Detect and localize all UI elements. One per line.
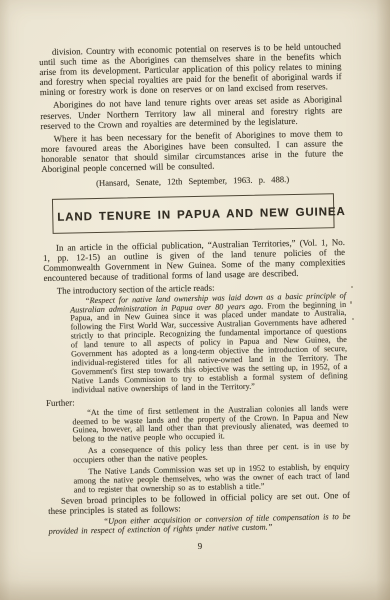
continuation-paragraph: Aborigines do not have land tenure right… xyxy=(40,94,343,130)
page-content: division. Country with economic potentia… xyxy=(0,0,390,600)
quoted-extract-2: “At the time of first settlement in the … xyxy=(72,404,349,445)
page-number: 9 xyxy=(49,538,351,554)
section-heading-box: LAND TENURE IN PAPUA AND NEW GUINEA xyxy=(52,193,335,234)
quoted-extract-1: “Respect for native land ownership was l… xyxy=(70,292,348,395)
quote-roman-continuation: From the beginning in Papua, and in New … xyxy=(70,299,347,394)
continuation-paragraph: division. Country with economic potentia… xyxy=(39,41,342,98)
section-heading-title: LAND TENURE IN PAPUA AND NEW GUINEA xyxy=(57,206,346,224)
principle-quote: “Upon either acquisition or conversion o… xyxy=(48,512,350,537)
continuation-paragraph: Where it has been necessary for the bene… xyxy=(41,128,344,174)
hansard-citation: (Hansard, Senate, 12th September, 1963. … xyxy=(42,173,344,189)
intro-paragraph: In an article in the official publicatio… xyxy=(43,237,346,283)
